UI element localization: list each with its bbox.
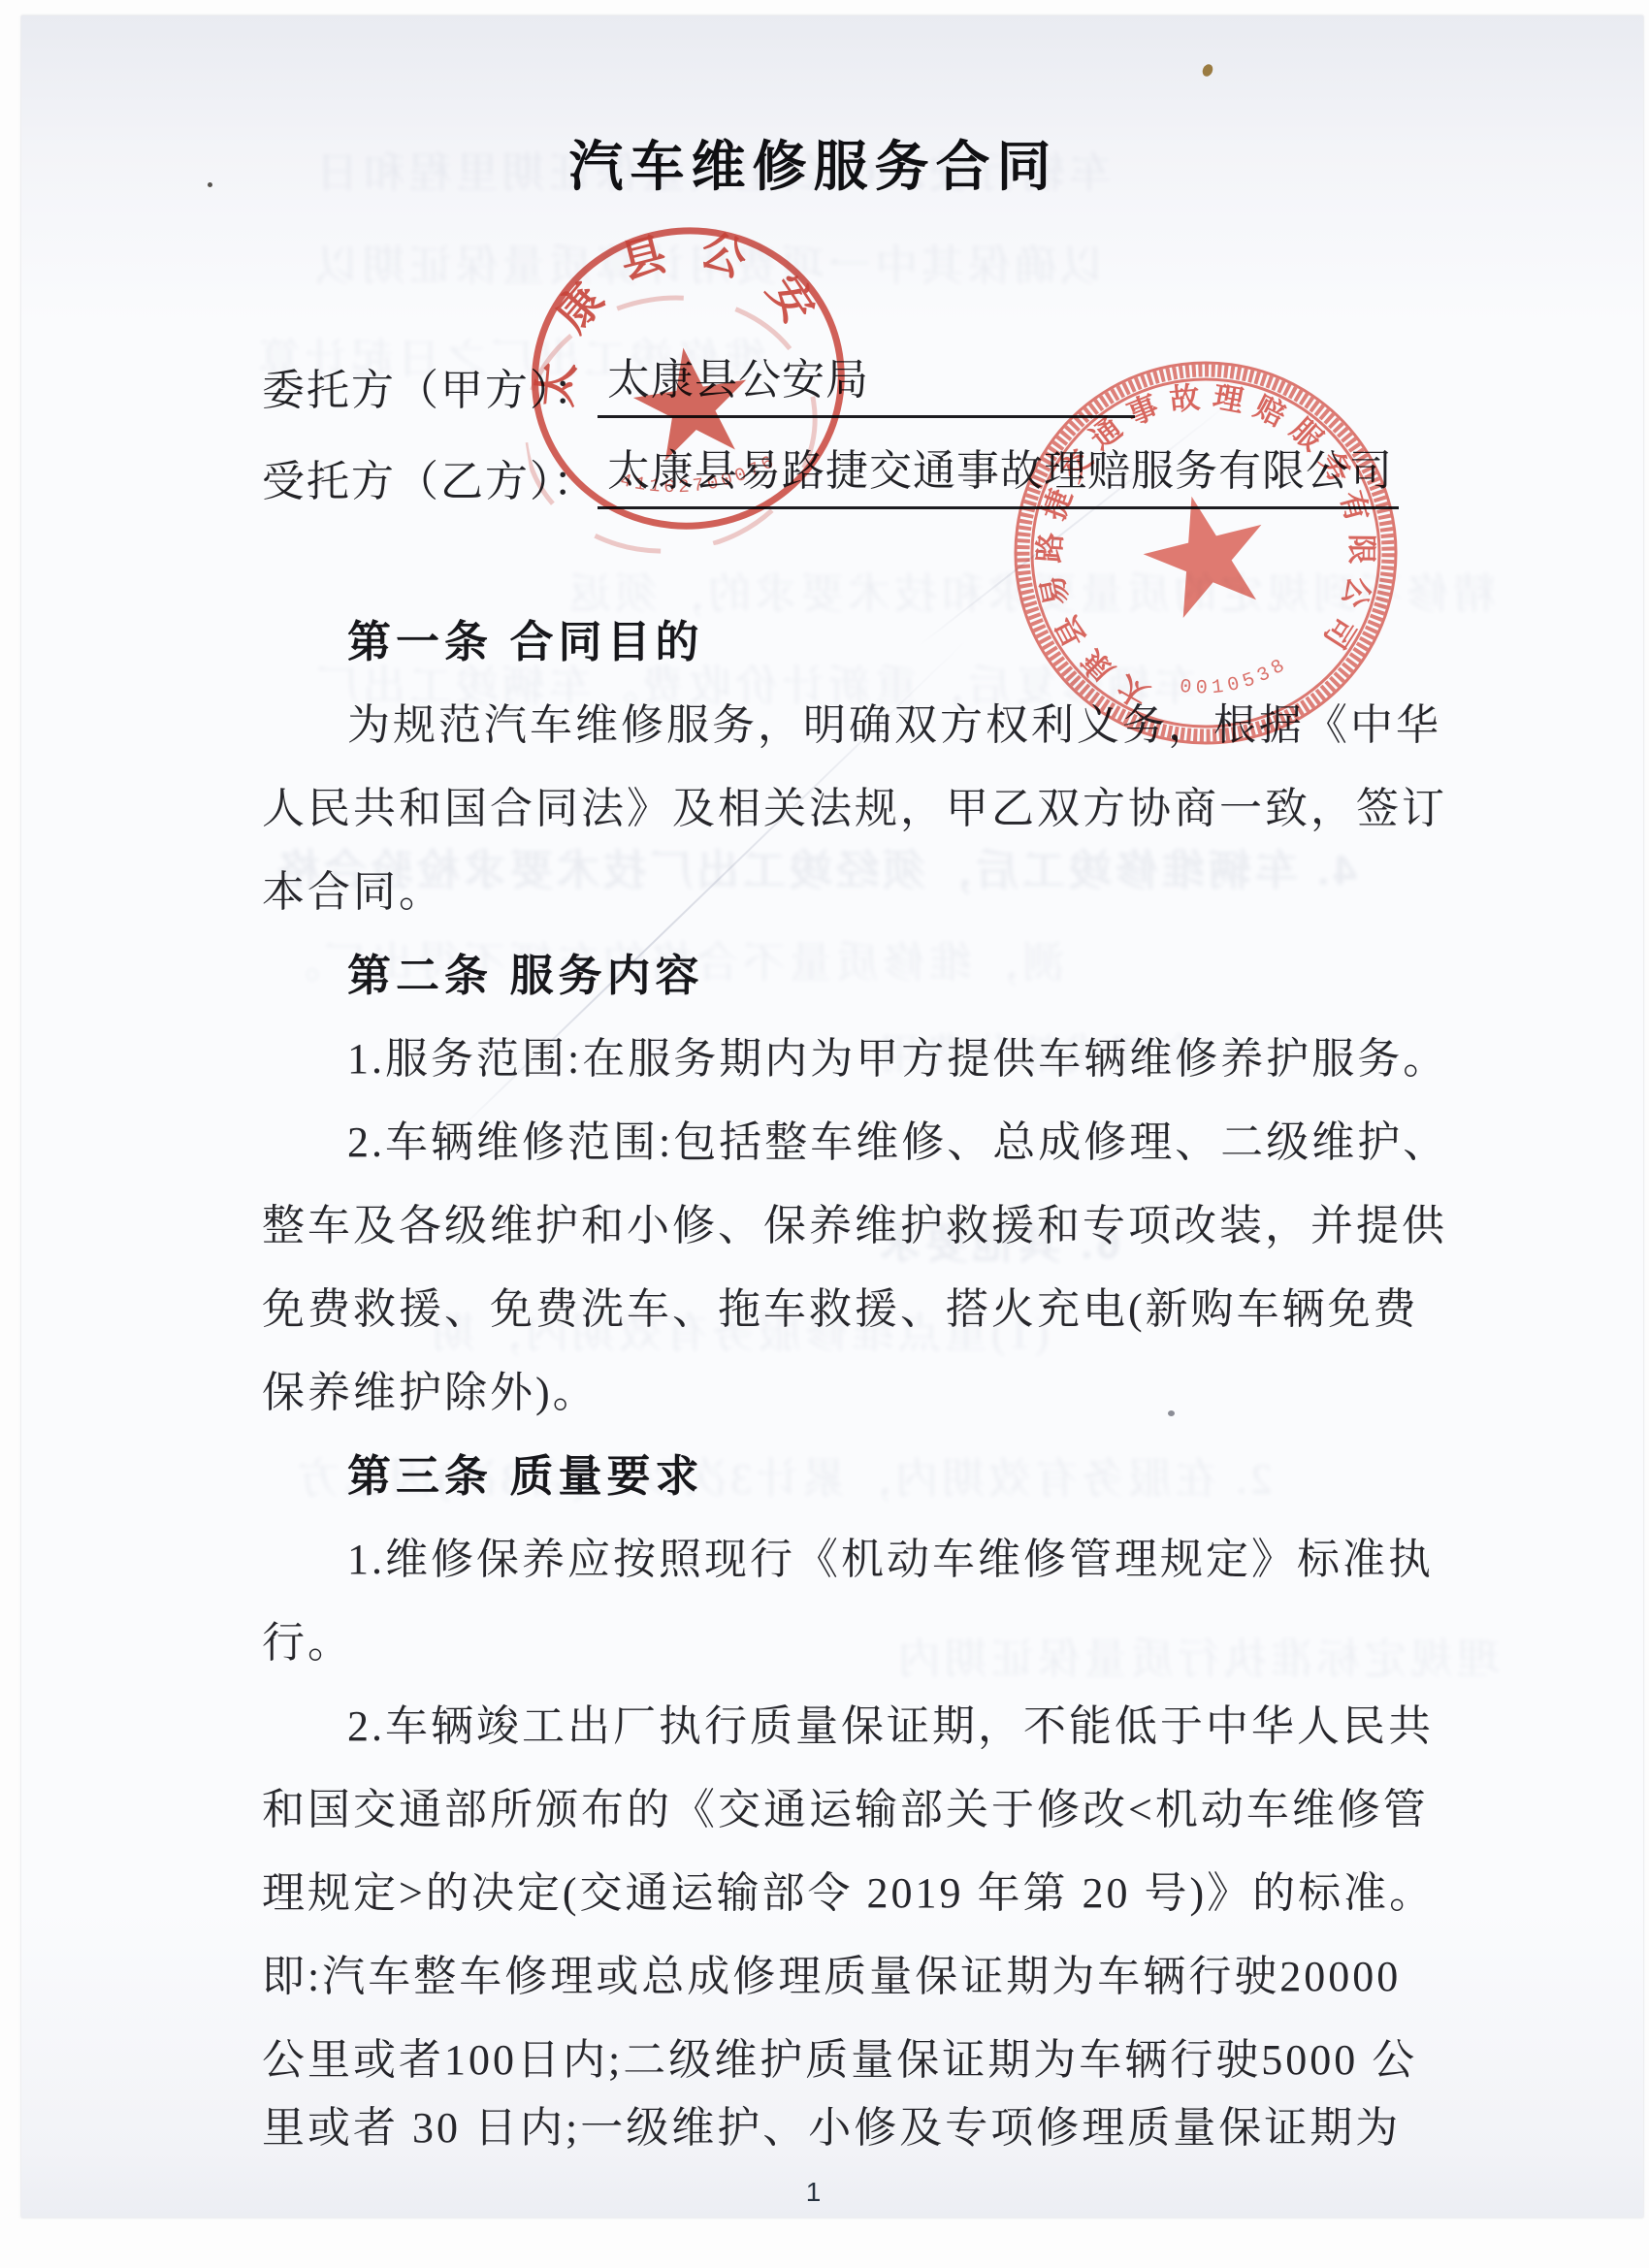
paper-sheet: 车辆行驶2000公里质量保证期里程和日 以确保其中一项费用计算质量保证期以 维修… bbox=[21, 16, 1643, 2218]
paper-crease bbox=[918, 395, 1240, 647]
police-seal-double-stamp-ring bbox=[506, 277, 833, 572]
bleed-through-text: 以确保其中一项费用计算质量保证期以 bbox=[312, 231, 1104, 293]
section-3-heading: 第三条 质量要求 bbox=[347, 1451, 704, 1502]
dust-speck bbox=[1168, 1410, 1175, 1416]
body-line: 行。 bbox=[262, 1618, 353, 1669]
bleed-through-text: 精修不到规定的质量要求和技术要求的，须返 bbox=[565, 559, 1496, 621]
section-1-heading: 第一条 合同目的 bbox=[347, 617, 704, 667]
body-line: 公里或者100日内;二级维护质量保证期为车辆行驶5000 公 bbox=[262, 2035, 1417, 2086]
body-line: 保养维护除外)。 bbox=[262, 1368, 598, 1418]
body-line: 1.维修保养应按照现行《机动车维修管理规定》标准执 bbox=[347, 1535, 1434, 1585]
page-number: 1 bbox=[262, 2177, 1365, 2208]
body-line: 即:汽车整车修理或总成修理质量保证期为车辆行驶20000 bbox=[262, 1952, 1401, 2002]
party-b-value: 太康县易路捷交通事故理赔服务有限公司 bbox=[598, 444, 1399, 509]
party-a-row: 委托方（甲方）：太康县公安局 bbox=[262, 353, 1135, 418]
body-line: 和国交通部所颁布的《交通运输部关于修改<机动车维修管 bbox=[262, 1785, 1429, 1835]
body-line: 2.车辆维修范围:包括整车维修、总成修理、二级维护、 bbox=[347, 1118, 1448, 1168]
party-b-row: 受托方（乙方）：太康县易路捷交通事故理赔服务有限公司 bbox=[262, 444, 1399, 509]
body-line: 里或者 30 日内;一级维护、小修及专项修理质量保证期为 bbox=[262, 2103, 1401, 2154]
dust-speck bbox=[208, 182, 212, 187]
bleed-through-text: 理规定标准执行质量保证期内 bbox=[894, 1624, 1500, 1686]
section-2-heading: 第二条 服务内容 bbox=[347, 951, 704, 1001]
scanned-contract-screenshot: { "document": { "title": "汽车维修服务合同", "pa… bbox=[0, 0, 1649, 2268]
body-line: 本合同。 bbox=[262, 867, 444, 918]
body-line: 整车及各级维护和小修、保养维护救援和专项改装，并提供 bbox=[262, 1201, 1447, 1251]
body-line: 免费救援、免费洗车、拖车救援、搭火充电(新购车辆免费 bbox=[262, 1284, 1419, 1335]
body-line: 人民共和国合同法》及相关法规，甲乙双方协商一致，签订 bbox=[262, 784, 1447, 834]
body-line: 为规范汽车维修服务，明确双方权利义务，根据《中华 bbox=[347, 700, 1441, 751]
party-a-label: 委托方（甲方）： bbox=[262, 367, 598, 414]
body-line: 1.服务范围:在服务期内为甲方提供车辆维修养护服务。 bbox=[347, 1034, 1448, 1085]
body-line: 2.车辆竣工出厂执行质量保证期，不能低于中华人民共 bbox=[347, 1701, 1434, 1752]
dust-speck bbox=[1201, 62, 1215, 78]
body-line: 理规定>的决定(交通运输部令 2019 年第 20 号)》的标准。 bbox=[262, 1868, 1435, 1919]
party-a-value: 太康县公安局 bbox=[598, 353, 1135, 418]
document-title: 汽车维修服务合同 bbox=[262, 124, 1365, 202]
party-b-label: 受托方（乙方）： bbox=[262, 458, 598, 505]
